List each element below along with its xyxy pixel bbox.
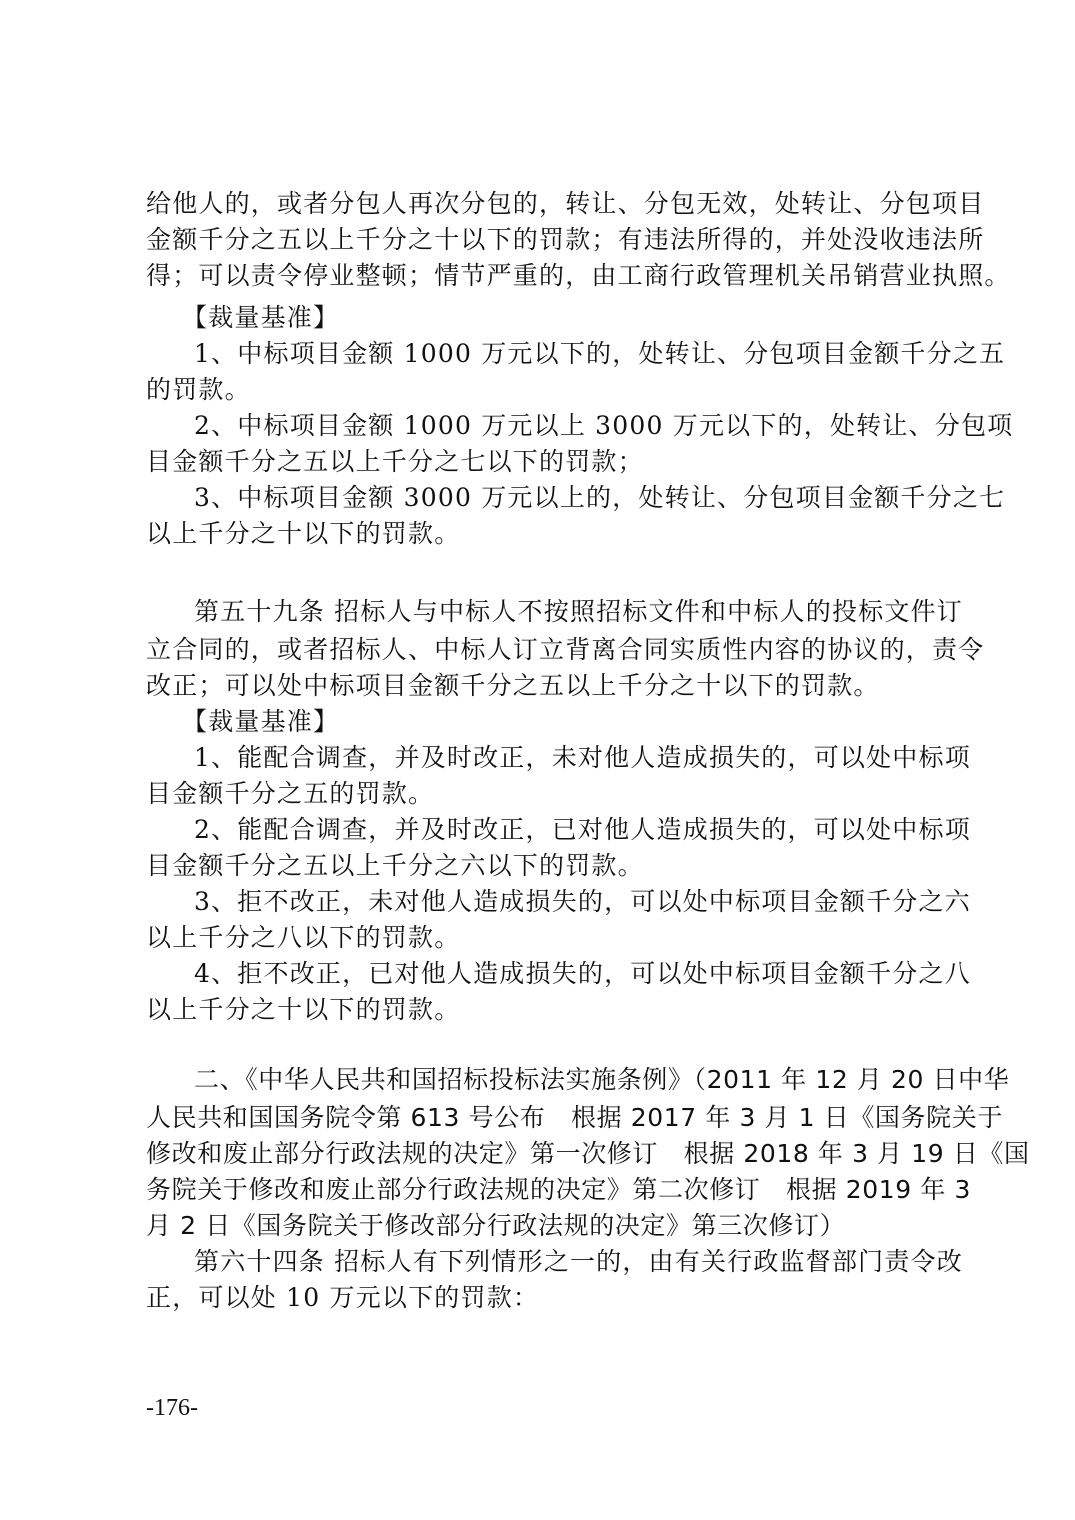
text-line: 务院关于修改和废止部分行政法规的决定》第二次修订 根据 2019 年 3 [146, 1172, 946, 1208]
text-line: 得；可以责令停业整顿；情节严重的，由工商行政管理机关吊销营业执照。 [146, 258, 946, 294]
text-line: 目金额千分之五以上千分之七以下的罚款； [146, 444, 946, 480]
text-line: 月 2 日《国务院关于修改部分行政法规的决定》第三次修订） [146, 1208, 946, 1244]
text-line: 金额千分之五以上千分之十以下的罚款；有违法所得的，并处没收违法所 [146, 222, 946, 258]
text-line: 改正；可以处中标项目金额千分之五以上千分之十以下的罚款。 [146, 668, 946, 704]
text-line: 3、中标项目金额 3000 万元以上的，处转让、分包项目金额千分之七 [194, 480, 946, 516]
text-line: 人民共和国国务院令第 613 号公布 根据 2017 年 3 月 1 日《国务院… [146, 1100, 946, 1136]
text-line: 以上千分之十以下的罚款。 [146, 516, 946, 552]
document-page: 给他人的，或者分包人再次分包的，转让、分包无效，处转让、分包项目金额千分之五以上… [0, 0, 1075, 1520]
text-line: 1、中标项目金额 1000 万元以下的，处转让、分包项目金额千分之五 [194, 336, 946, 372]
text-line: 立合同的，或者招标人、中标人订立背离合同实质性内容的协议的，责令 [146, 632, 946, 668]
text-line: 目金额千分之五的罚款。 [146, 776, 946, 812]
page-number: -176- [146, 1390, 198, 1426]
text-line: 第五十九条 招标人与中标人不按照招标文件和中标人的投标文件订 [194, 594, 946, 630]
text-line: 正，可以处 10 万元以下的罚款： [146, 1280, 946, 1316]
text-line: 目金额千分之五以上千分之六以下的罚款。 [146, 848, 946, 884]
text-line: 2、能配合调查，并及时改正，已对他人造成损失的，可以处中标项 [194, 812, 946, 848]
text-line: 2、中标项目金额 1000 万元以上 3000 万元以下的，处转让、分包项 [194, 408, 946, 444]
text-line: 【裁量基准】 [182, 300, 982, 336]
text-line: 修改和废止部分行政法规的决定》第一次修订 根据 2018 年 3 月 19 日《… [146, 1136, 946, 1172]
text-line: 给他人的，或者分包人再次分包的，转让、分包无效，处转让、分包项目 [146, 186, 946, 222]
text-line: 的罚款。 [146, 372, 946, 408]
text-line: 3、拒不改正，未对他人造成损失的，可以处中标项目金额千分之六 [194, 884, 946, 920]
text-line: 1、能配合调查，并及时改正，未对他人造成损失的，可以处中标项 [194, 740, 946, 776]
text-line: 【裁量基准】 [182, 704, 982, 740]
text-line: 二、《中华人民共和国招标投标法实施条例》（2011 年 12 月 20 日中华 [194, 1062, 946, 1098]
text-line: 4、拒不改正，已对他人造成损失的，可以处中标项目金额千分之八 [194, 956, 946, 992]
text-line: 以上千分之十以下的罚款。 [146, 992, 946, 1028]
text-line: 以上千分之八以下的罚款。 [146, 920, 946, 956]
text-line: 第六十四条 招标人有下列情形之一的，由有关行政监督部门责令改 [194, 1244, 946, 1280]
